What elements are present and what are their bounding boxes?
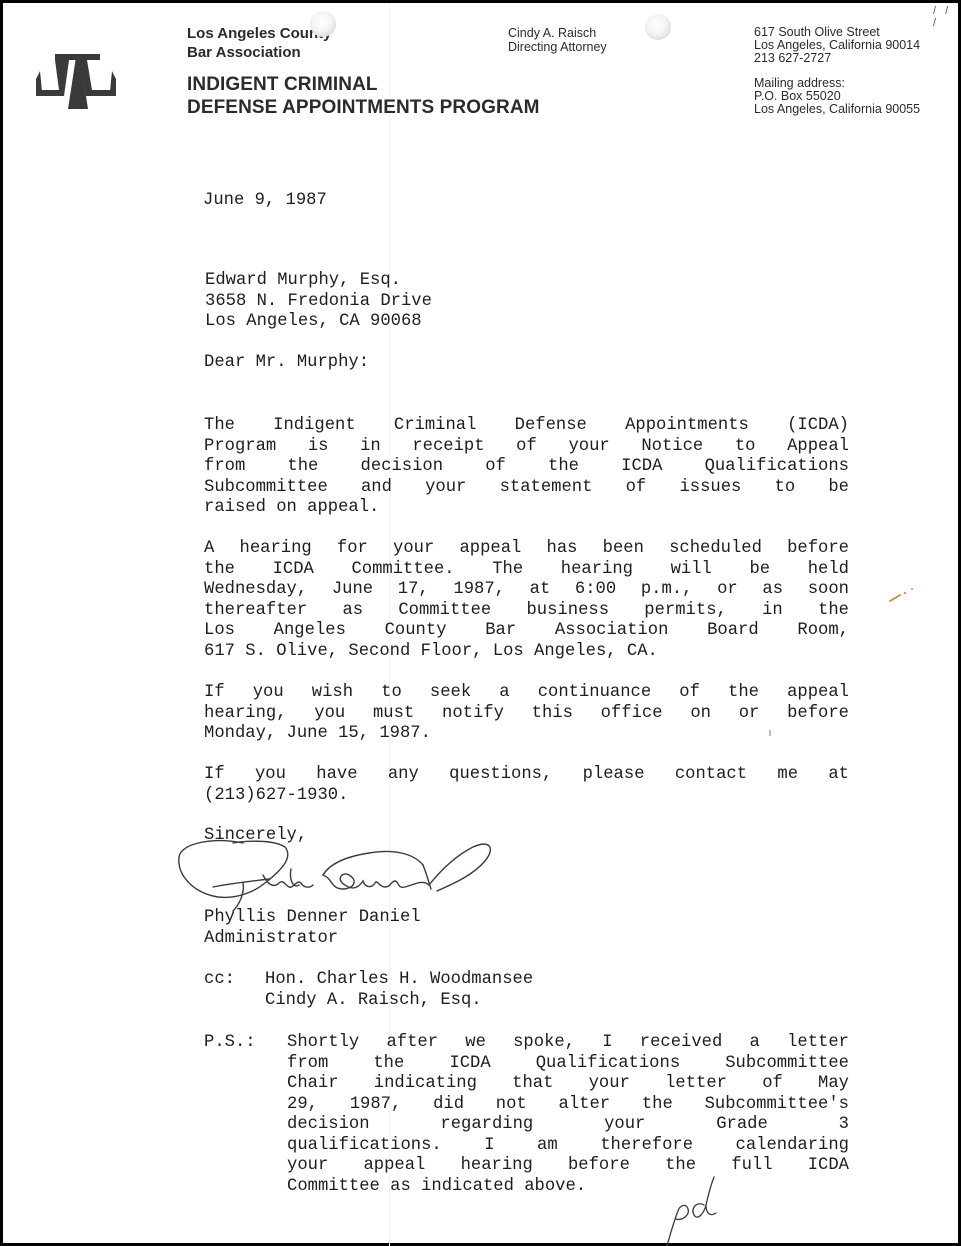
ps-line: Shortly after we spoke, I received a let… — [287, 1033, 849, 1054]
paragraph-line: thereafter as Committee business permits… — [204, 601, 849, 622]
paragraph-4: If you have any questions, please contac… — [204, 765, 849, 806]
ps-line: 29, 1987, did not alter the Subcommittee… — [287, 1095, 849, 1116]
paragraph-line: Los Angeles County Bar Association Board… — [204, 621, 849, 642]
ps-line: qualifications. I am therefore calendari… — [287, 1136, 849, 1157]
paragraph-line: (213)627-1930. — [204, 786, 849, 807]
paragraph-line: A hearing for your appeal has been sched… — [204, 539, 849, 560]
paragraph-2: A hearing for your appeal has been sched… — [204, 539, 849, 662]
paragraph-line: the ICDA Committee. The hearing will be … — [204, 560, 849, 581]
ps-line: from the ICDA Qualifications Subcommitte… — [287, 1054, 849, 1075]
ps-block: P.S.: Shortly after we spoke, I received… — [204, 1033, 849, 1197]
paragraph-3: If you wish to seek a continuance of the… — [204, 683, 849, 745]
paragraph-line: If you have any questions, please contac… — [204, 765, 849, 786]
org-name-line2: Bar Association — [187, 43, 331, 62]
handwritten-signature — [173, 835, 503, 915]
director-title: Directing Attorney — [508, 40, 607, 54]
ps-label: P.S.: — [204, 1033, 287, 1197]
stray-tick-mark — [769, 730, 771, 736]
handwritten-initials — [658, 1175, 728, 1246]
director-block: Cindy A. Raisch Directing Attorney — [508, 26, 607, 54]
scales-of-justice-icon — [30, 51, 126, 111]
program-name: INDIGENT CRIMINAL DEFENSE APPOINTMENTS P… — [187, 73, 540, 119]
salutation-text: Dear Mr. Murphy: — [204, 353, 369, 372]
punch-hole-left — [310, 11, 336, 37]
address-block: 617 South Olive Street Los Angeles, Cali… — [754, 26, 920, 116]
cc-label: cc: — [204, 970, 265, 991]
paragraph-line: Wednesday, June 17, 1987, at 6:00 p.m., … — [204, 580, 849, 601]
paragraph-1: The Indigent Criminal Defense Appointmen… — [204, 416, 849, 519]
ps-line: Committee as indicated above. — [287, 1177, 849, 1198]
punch-hole-right — [645, 14, 671, 40]
org-name: Los Angeles County Bar Association — [187, 24, 331, 62]
paragraph-line: The Indigent Criminal Defense Appointmen… — [204, 416, 849, 437]
recipient-name: Edward Murphy, Esq. — [205, 271, 850, 292]
cc-block: cc: Hon. Charles H. Woodmansee Cindy A. … — [204, 970, 849, 1011]
corner-handwritten-mark: / / / — [933, 5, 958, 29]
signer-title: Administrator — [204, 929, 849, 950]
recipient-city: Los Angeles, CA 90068 — [205, 312, 850, 333]
signer-block: Phyllis Denner Daniel Administrator — [204, 908, 849, 949]
paragraph-line: hearing, you must notify this office on … — [204, 704, 849, 725]
paragraph-line: from the decision of the ICDA Qualificat… — [204, 457, 849, 478]
ps-line: Chair indicating that your letter of May — [287, 1074, 849, 1095]
stray-ink-mark — [888, 585, 918, 605]
letter-date: June 9, 1987 — [203, 191, 848, 212]
phone-number: 213 627-2727 — [754, 52, 920, 65]
signer-name: Phyllis Denner Daniel — [204, 908, 849, 929]
paragraph-line: Monday, June 15, 1987. — [204, 724, 849, 745]
paragraph-line: If you wish to seek a continuance of the… — [204, 683, 849, 704]
recipient-street: 3658 N. Fredonia Drive — [205, 292, 850, 313]
mailing-city: Los Angeles, California 90055 — [754, 103, 920, 116]
program-name-line1: INDIGENT CRIMINAL — [187, 73, 540, 96]
paragraph-line: 617 S. Olive, Second Floor, Los Angeles,… — [204, 642, 849, 663]
paragraph-line: Subcommittee and your statement of issue… — [204, 478, 849, 499]
cc-recipient-1: Hon. Charles H. Woodmansee — [265, 970, 533, 991]
date-text: June 9, 1987 — [203, 191, 327, 210]
program-name-line2: DEFENSE APPOINTMENTS PROGRAM — [187, 96, 540, 119]
ps-text: Shortly after we spoke, I received a let… — [287, 1033, 849, 1197]
ps-line: decision regarding your Grade 3 — [287, 1115, 849, 1136]
letter-page: Los Angeles County Bar Association INDIG… — [0, 0, 961, 1246]
paragraph-line: Program is in receipt of your Notice to … — [204, 437, 849, 458]
ps-line: your appeal hearing before the full ICDA — [287, 1156, 849, 1177]
paragraph-line: raised on appeal. — [204, 498, 849, 519]
cc-recipient-2: Cindy A. Raisch, Esq. — [265, 991, 482, 1012]
director-name: Cindy A. Raisch — [508, 26, 607, 40]
salutation: Dear Mr. Murphy: — [204, 353, 849, 374]
recipient-address: Edward Murphy, Esq. 3658 N. Fredonia Dri… — [205, 271, 850, 333]
